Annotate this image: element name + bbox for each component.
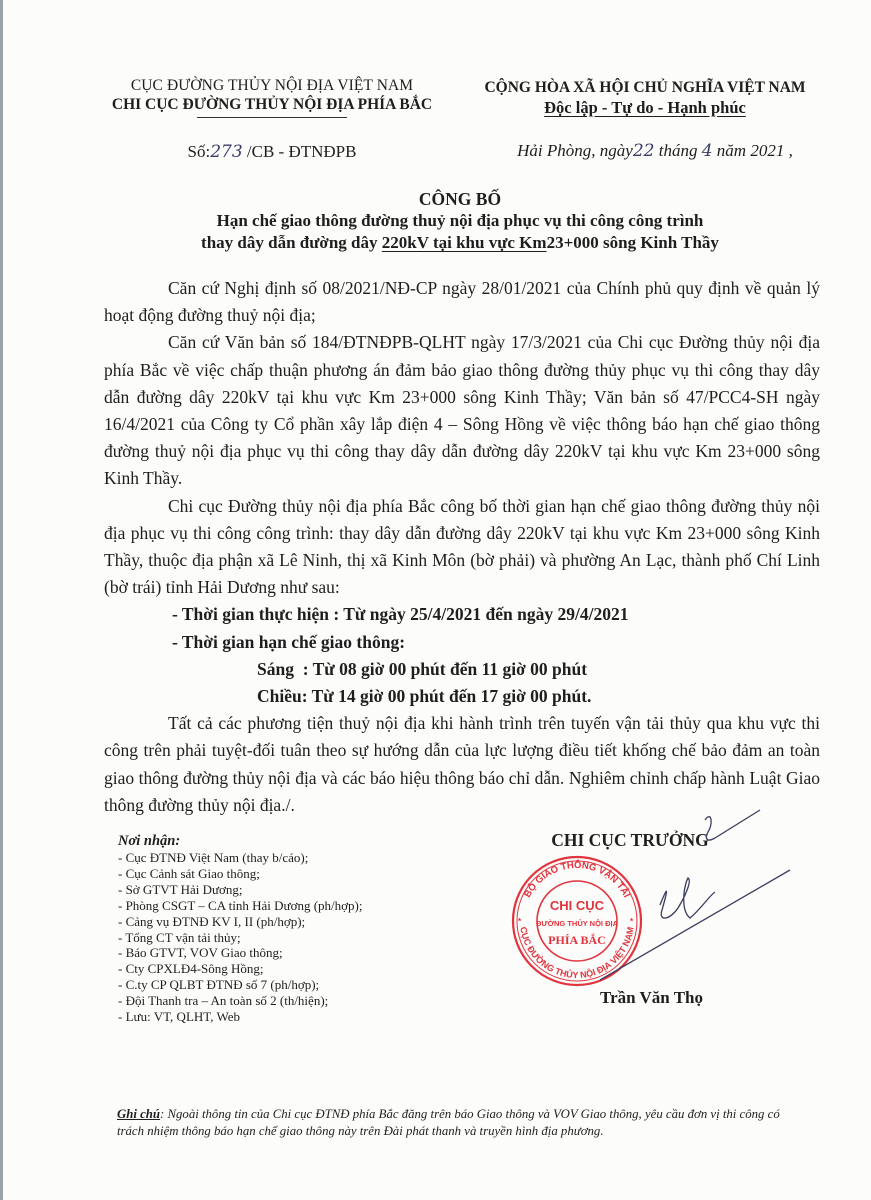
subject-underlined: 220kV tại khu vực Km [382, 233, 547, 252]
subject-line-2: thay dây dẫn đường dây 220kV tại khu vực… [100, 232, 820, 254]
place-label: Hải Phòng, ngày [517, 141, 633, 160]
svg-text:CHI CỤC: CHI CỤC [550, 898, 605, 913]
recipient-item: - Lưu: VT, QLHT, Web [118, 1009, 362, 1025]
recipients-heading: Nơi nhận: [118, 833, 362, 850]
afternoon-window: Chiều: Từ 14 giờ 00 phút đến 17 giờ 00 p… [104, 683, 820, 710]
document-page: CỤC ĐƯỜNG THỦY NỘI ĐỊA VIỆT NAM CHI CỤC … [0, 0, 871, 1200]
footnote: Ghi chú: Ngoài thông tin của Chi cục ĐTN… [117, 1106, 807, 1139]
recipient-item: - Báo GTVT, VOV Giao thông; [118, 945, 362, 961]
scan-edge [0, 0, 3, 1200]
recipient-item: - Cty CPXLĐ4-Sông Hồng; [118, 961, 362, 977]
date-day: 22 [633, 141, 655, 161]
doc-no-suffix: /CB - ĐTNĐPB [243, 142, 357, 161]
svg-text:*: * [518, 917, 522, 926]
paragraph-legal-basis-1: Căn cứ Nghị định số 08/2021/NĐ-CP ngày 2… [104, 275, 820, 329]
recipient-item: - C.ty CP QLBT ĐTNĐ số 7 (ph/hợp); [118, 977, 362, 993]
paragraph-legal-basis-2: Căn cứ Văn bản số 184/ĐTNĐPB-QLHT ngày 1… [104, 329, 820, 492]
doc-no-label: Số: [188, 142, 211, 161]
month-label: tháng [654, 141, 701, 160]
date-month: 4 [702, 141, 713, 161]
recipient-item: - Cục ĐTNĐ Việt Nam (thay b/cáo); [118, 850, 362, 866]
issuing-agency-block: CỤC ĐƯỜNG THỦY NỘI ĐỊA VIỆT NAM CHI CỤC … [92, 76, 452, 162]
recipient-item: - Đội Thanh tra – An toàn số 2 (th/hiện)… [118, 993, 362, 1009]
national-header-block: CỘNG HÒA XÃ HỘI CHỦ NGHĨA VIỆT NAM Độc l… [455, 78, 835, 161]
svg-text:PHÍA BẮC: PHÍA BẮC [548, 932, 606, 947]
restriction-label: - Thời gian hạn chế giao thông: [104, 629, 820, 656]
recipient-item: - Cảng vụ ĐTNĐ KV I, II (ph/hợp); [118, 914, 362, 930]
document-body: Căn cứ Nghị định số 08/2021/NĐ-CP ngày 2… [104, 275, 820, 819]
recipient-item: - Cục Cảnh sát Giao thông; [118, 866, 362, 882]
subject-line-1: Hạn chế giao thông đường thuỷ nội địa ph… [100, 210, 820, 232]
parent-agency: CỤC ĐƯỜNG THỦY NỘI ĐỊA VIỆT NAM [92, 76, 452, 95]
recipient-item: - Tổng CT vận tải thủy; [118, 930, 362, 946]
document-type: CÔNG BỐ [100, 188, 820, 210]
national-motto: Độc lập - Tự do - Hạnh phúc [455, 97, 835, 119]
issuing-agency: CHI CỤC ĐƯỜNG THỦY NỘI ĐỊA PHÍA BẮC [92, 95, 452, 114]
national-title: CỘNG HÒA XÃ HỘI CHỦ NGHĨA VIỆT NAM [455, 78, 835, 97]
recipients-block: Nơi nhận: - Cục ĐTNĐ Việt Nam (thay b/cá… [118, 833, 362, 1025]
document-number: Số:273 /CB - ĐTNĐPB [92, 142, 452, 162]
agency-underline [197, 117, 347, 118]
footnote-label: Ghi chú [117, 1107, 160, 1121]
morning-window: Sáng : Từ 08 giờ 00 phút đến 11 giờ 00 p… [104, 656, 820, 683]
execution-period: - Thời gian thực hiện : Từ ngày 25/4/202… [104, 601, 820, 628]
year-label: năm 2021 , [713, 141, 793, 160]
document-title-block: CÔNG BỐ Hạn chế giao thông đường thuỷ nộ… [100, 188, 820, 254]
handwritten-signature-icon [600, 770, 830, 1000]
recipient-item: - Phòng CSGT – CA tỉnh Hải Dương (ph/hợp… [118, 898, 362, 914]
subject-post: 23+000 sông Kinh Thầy [547, 233, 719, 252]
paragraph-announcement: Chi cục Đường thủy nội địa phía Bắc công… [104, 493, 820, 602]
place-date: Hải Phòng, ngày22 tháng 4 năm 2021 , [455, 141, 835, 161]
recipients-list: - Cục ĐTNĐ Việt Nam (thay b/cáo);- Cục C… [118, 850, 362, 1025]
footnote-text: : Ngoài thông tin của Chi cục ĐTNĐ phía … [117, 1107, 780, 1138]
subject-pre: thay dây dẫn đường dây [201, 233, 382, 252]
doc-no-handwritten: 273 [210, 142, 242, 162]
recipient-item: - Sở GTVT Hải Dương; [118, 882, 362, 898]
